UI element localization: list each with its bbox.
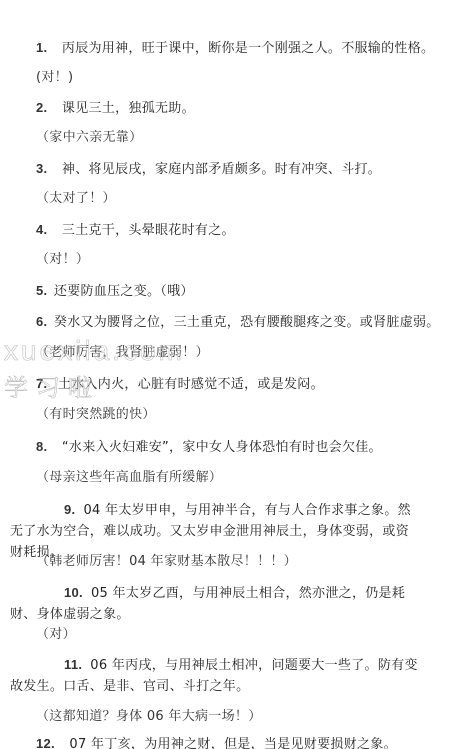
item-12: 12. 07 年丁亥，为用神之财，但是，当是见财要损财之象。 <box>36 733 397 749</box>
item-text: 课见三土，独孤无助。 <box>62 101 195 116</box>
item-text: 三土克干，头晕眼花时有之。 <box>62 223 235 238</box>
item-number: 9. <box>37 499 75 520</box>
item-number: 6. <box>36 311 47 332</box>
item-10: 10.05 年太岁乙酉，与用神辰土相合，然亦泄之，仍是耗财、身体虚弱之象。 <box>10 582 420 625</box>
item-1: 1. 丙辰为用神，旺于课中，断你是一个刚强之人。不服输的性格。 <box>36 37 434 59</box>
item-text: “水来入火妇难安”，家中女人身体恐怕有时也会欠佳。 <box>62 440 382 455</box>
item-text: 癸水又为腰肾之位，三土重克，恐有腰酸腿疼之变。或肾脏虚弱。 <box>54 315 440 330</box>
item-3: 3. 神、将见辰戌，家庭内部矛盾颇多。时有冲突、斗打。 <box>36 158 381 180</box>
item-number: 11. <box>37 654 82 675</box>
item-text: 土水入内火，心脏有时感觉不适，或是发闷。 <box>58 377 324 392</box>
item-6-note: （老师厉害，我肾脏虚弱！） <box>36 342 209 363</box>
item-number: 3. <box>36 158 47 179</box>
item-number: 7. <box>36 373 47 394</box>
item-7: 7. 土水入内火，心脏有时感觉不适，或是发闷。 <box>36 373 324 395</box>
item-number: 2. <box>36 97 47 118</box>
item-number: 1. <box>36 37 47 58</box>
item-11-note: （这都知道？身体 06 年大病一场！） <box>36 706 262 727</box>
item-2: 2. 课见三土，独孤无助。 <box>36 97 195 119</box>
item-4-note: （对！） <box>36 249 89 270</box>
item-9-note: （韩老师厉害！04 年家财基本散尽！！！） <box>36 551 297 572</box>
item-4: 4. 三土克干，头晕眼花时有之。 <box>36 219 235 241</box>
item-text: 丙辰为用神，旺于课中，断你是一个刚强之人。不服输的性格。 <box>62 41 434 56</box>
item-2-note: （家中六亲无靠） <box>36 127 142 148</box>
item-3-note: （太对了！） <box>36 188 116 209</box>
item-8-note: （母亲这些年高血脂有所缓解） <box>36 467 222 488</box>
item-5: 5. 还要防血压之变。（哦） <box>36 280 194 302</box>
item-text: 神、将见辰戌，家庭内部矛盾颇多。时有冲突、斗打。 <box>62 162 381 177</box>
item-number: 5. <box>36 280 47 301</box>
document-page: 1. 丙辰为用神，旺于课中，断你是一个刚强之人。不服输的性格。 (对！) 2. … <box>0 0 449 749</box>
item-7-note: （有时突然跳的快） <box>36 404 156 425</box>
item-11: 11.06 年丙戌，与用神辰土相冲，问题要大一些了。防有变故发生。口舌、是非、官… <box>10 654 420 697</box>
item-number: 12. <box>36 733 55 749</box>
item-10-note: （对） <box>36 624 76 645</box>
item-number: 4. <box>36 219 47 240</box>
item-1-note: (对！) <box>36 67 73 88</box>
item-number: 10. <box>37 582 83 603</box>
item-6: 6. 癸水又为腰肾之位，三土重克，恐有腰酸腿疼之变。或肾脏虚弱。 <box>36 311 440 333</box>
item-text: 还要防血压之变。（哦） <box>54 284 194 299</box>
item-number: 8. <box>36 436 47 457</box>
item-text: 07 年丁亥，为用神之财，但是，当是见财要损财之象。 <box>69 737 396 749</box>
item-8: 8. “水来入火妇难安”，家中女人身体恐怕有时也会欠佳。 <box>36 436 382 458</box>
